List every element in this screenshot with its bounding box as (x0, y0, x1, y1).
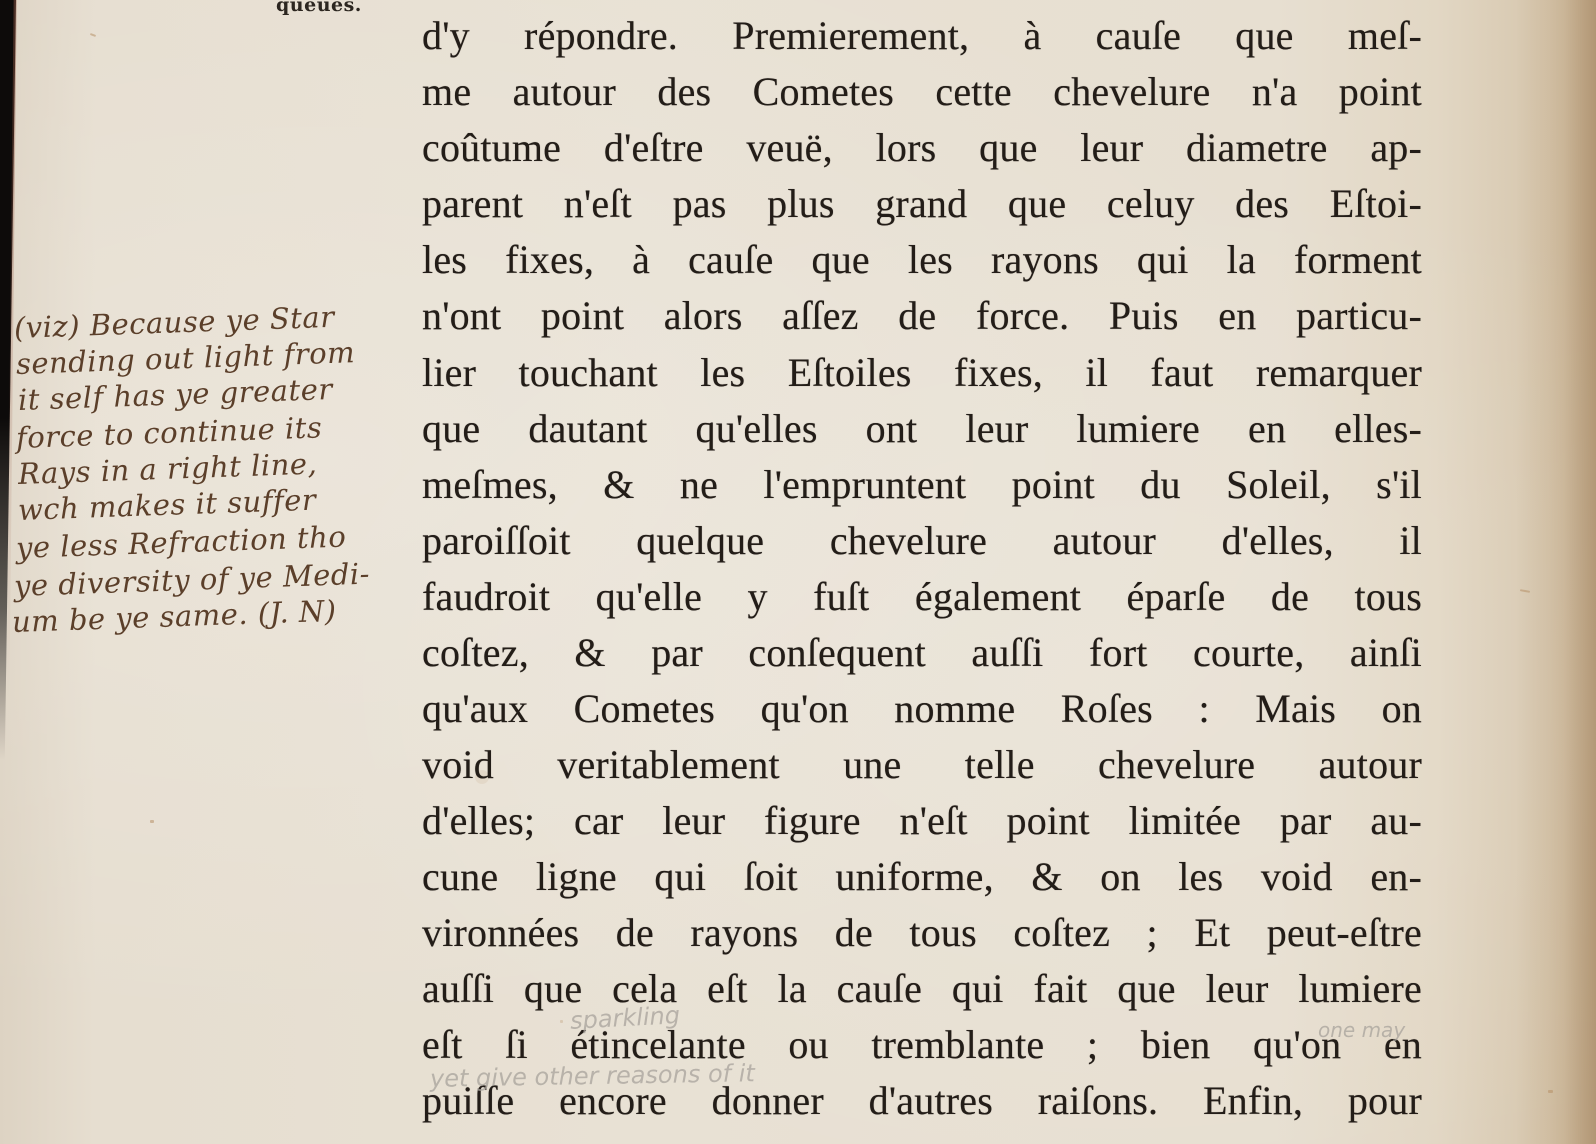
text-line: meſmes, & ne l'empruntent point du Solei… (422, 457, 1422, 513)
text-line: cune ligne qui ſoit uniforme, & on les v… (422, 849, 1422, 905)
text-line: void veritablement une telle chevelure a… (422, 737, 1422, 793)
paper-speck (1548, 1090, 1553, 1093)
text-line: faudroit qu'elle y fuſt également éparſe… (422, 569, 1422, 625)
printed-marginal-note: queuës. (276, 0, 362, 16)
text-line: me autour des Cometes cette chevelure n'… (422, 64, 1422, 120)
text-line: d'y répondre. Premierement, à cauſe que … (422, 8, 1422, 64)
pencil-note: sparkling (569, 1001, 680, 1035)
paper-speck (150, 820, 154, 823)
text-line: qu'aux Cometes qu'on nomme Roſes : Mais … (422, 681, 1422, 737)
text-line: les fixes, à cauſe que les rayons qui la… (422, 232, 1422, 288)
text-line: lier touchant les Eſtoiles fixes, il fau… (422, 345, 1422, 401)
paper-speck (90, 33, 96, 37)
text-line: coſtez, & par conſequent auſſi fort cour… (422, 625, 1422, 681)
text-line: n'ont point alors aſſez de force. Puis e… (422, 288, 1422, 344)
text-line: paroiſſoit quelque chevelure autour d'el… (422, 513, 1422, 569)
text-line: que dautant qu'elles ont leur lumiere en… (422, 401, 1422, 457)
text-line: parent n'eſt pas plus grand que celuy de… (422, 176, 1422, 232)
text-line: d'elles; car leur figure n'eſt point lim… (422, 793, 1422, 849)
pencil-note: yet give other reasons of it (430, 1059, 755, 1093)
text-line: coûtume d'eſtre veuë, lors que leur diam… (422, 120, 1422, 176)
pencil-note: one may (1318, 1018, 1405, 1042)
gutter-shading (1516, 0, 1596, 1144)
book-page: queuës. d'y répondre. Premierement, à ca… (0, 0, 1596, 1144)
text-line: vironnées de rayons de tous coſtez ; Et … (422, 905, 1422, 961)
